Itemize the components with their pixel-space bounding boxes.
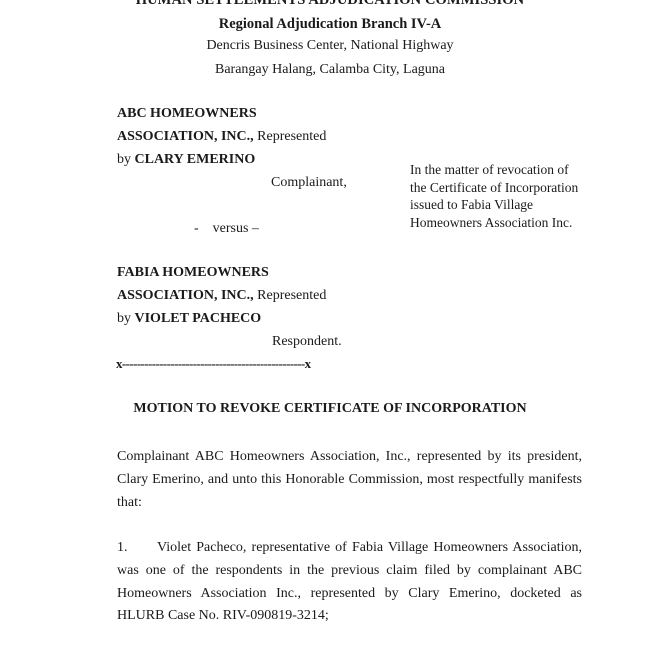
matter-line-4: Homeowners Association Inc. <box>410 214 578 232</box>
complainant-name-assoc: ASSOCIATION, INC., <box>117 129 254 144</box>
respondent-name-assoc: ASSOCIATION, INC., <box>117 288 254 303</box>
complainant-name-line2: ASSOCIATION, INC., Represented <box>117 129 326 145</box>
respondent-name-line2: ASSOCIATION, INC., Represented <box>117 288 326 304</box>
commission-title: HUMAN SETTLEMENTS ADJUDICATION COMMISSIO… <box>0 0 660 9</box>
complainant-represented: Represented <box>254 129 327 144</box>
matter-line-3: issued to Fabia Village <box>410 196 578 214</box>
paragraph-text: Violet Pacheco, representative of Fabia … <box>117 540 582 623</box>
intro-paragraph: Complainant ABC Homeowners Association, … <box>117 446 582 514</box>
complainant-rep-line: by CLARY EMERINO <box>117 152 255 168</box>
complainant-name-line1: ABC HOMEOWNERS <box>117 106 257 122</box>
paragraph-number: 1. <box>117 537 157 560</box>
address-line-2: Barangay Halang, Calamba City, Laguna <box>0 62 660 78</box>
matter-caption: In the matter of revocation of the Certi… <box>410 161 578 231</box>
motion-title: MOTION TO REVOKE CERTIFICATE OF INCORPOR… <box>0 401 660 417</box>
respondent-name-line1: FABIA HOMEOWNERS <box>117 265 269 281</box>
numbered-paragraph-1: 1.Violet Pacheco, representative of Fabi… <box>117 537 582 628</box>
matter-line-1: In the matter of revocation of <box>410 161 578 179</box>
versus-label: - versus – <box>194 221 259 237</box>
respondent-represented: Represented <box>254 288 327 303</box>
respondent-representative: VIOLET PACHECO <box>135 311 262 326</box>
complainant-representative: CLARY EMERINO <box>135 152 256 167</box>
address-line-1: Dencris Business Center, National Highwa… <box>0 38 660 54</box>
branch-title: Regional Adjudication Branch IV-A <box>0 16 660 33</box>
complainant-by: by <box>117 152 135 167</box>
caption-separator: x---------------------------------------… <box>116 356 311 372</box>
respondent-role: Respondent. <box>272 334 342 350</box>
matter-line-2: the Certificate of Incorporation <box>410 179 578 197</box>
document-page: HUMAN SETTLEMENTS ADJUDICATION COMMISSIO… <box>0 0 660 660</box>
respondent-rep-line: by VIOLET PACHECO <box>117 311 261 327</box>
respondent-by: by <box>117 311 135 326</box>
complainant-role: Complainant, <box>271 175 347 191</box>
